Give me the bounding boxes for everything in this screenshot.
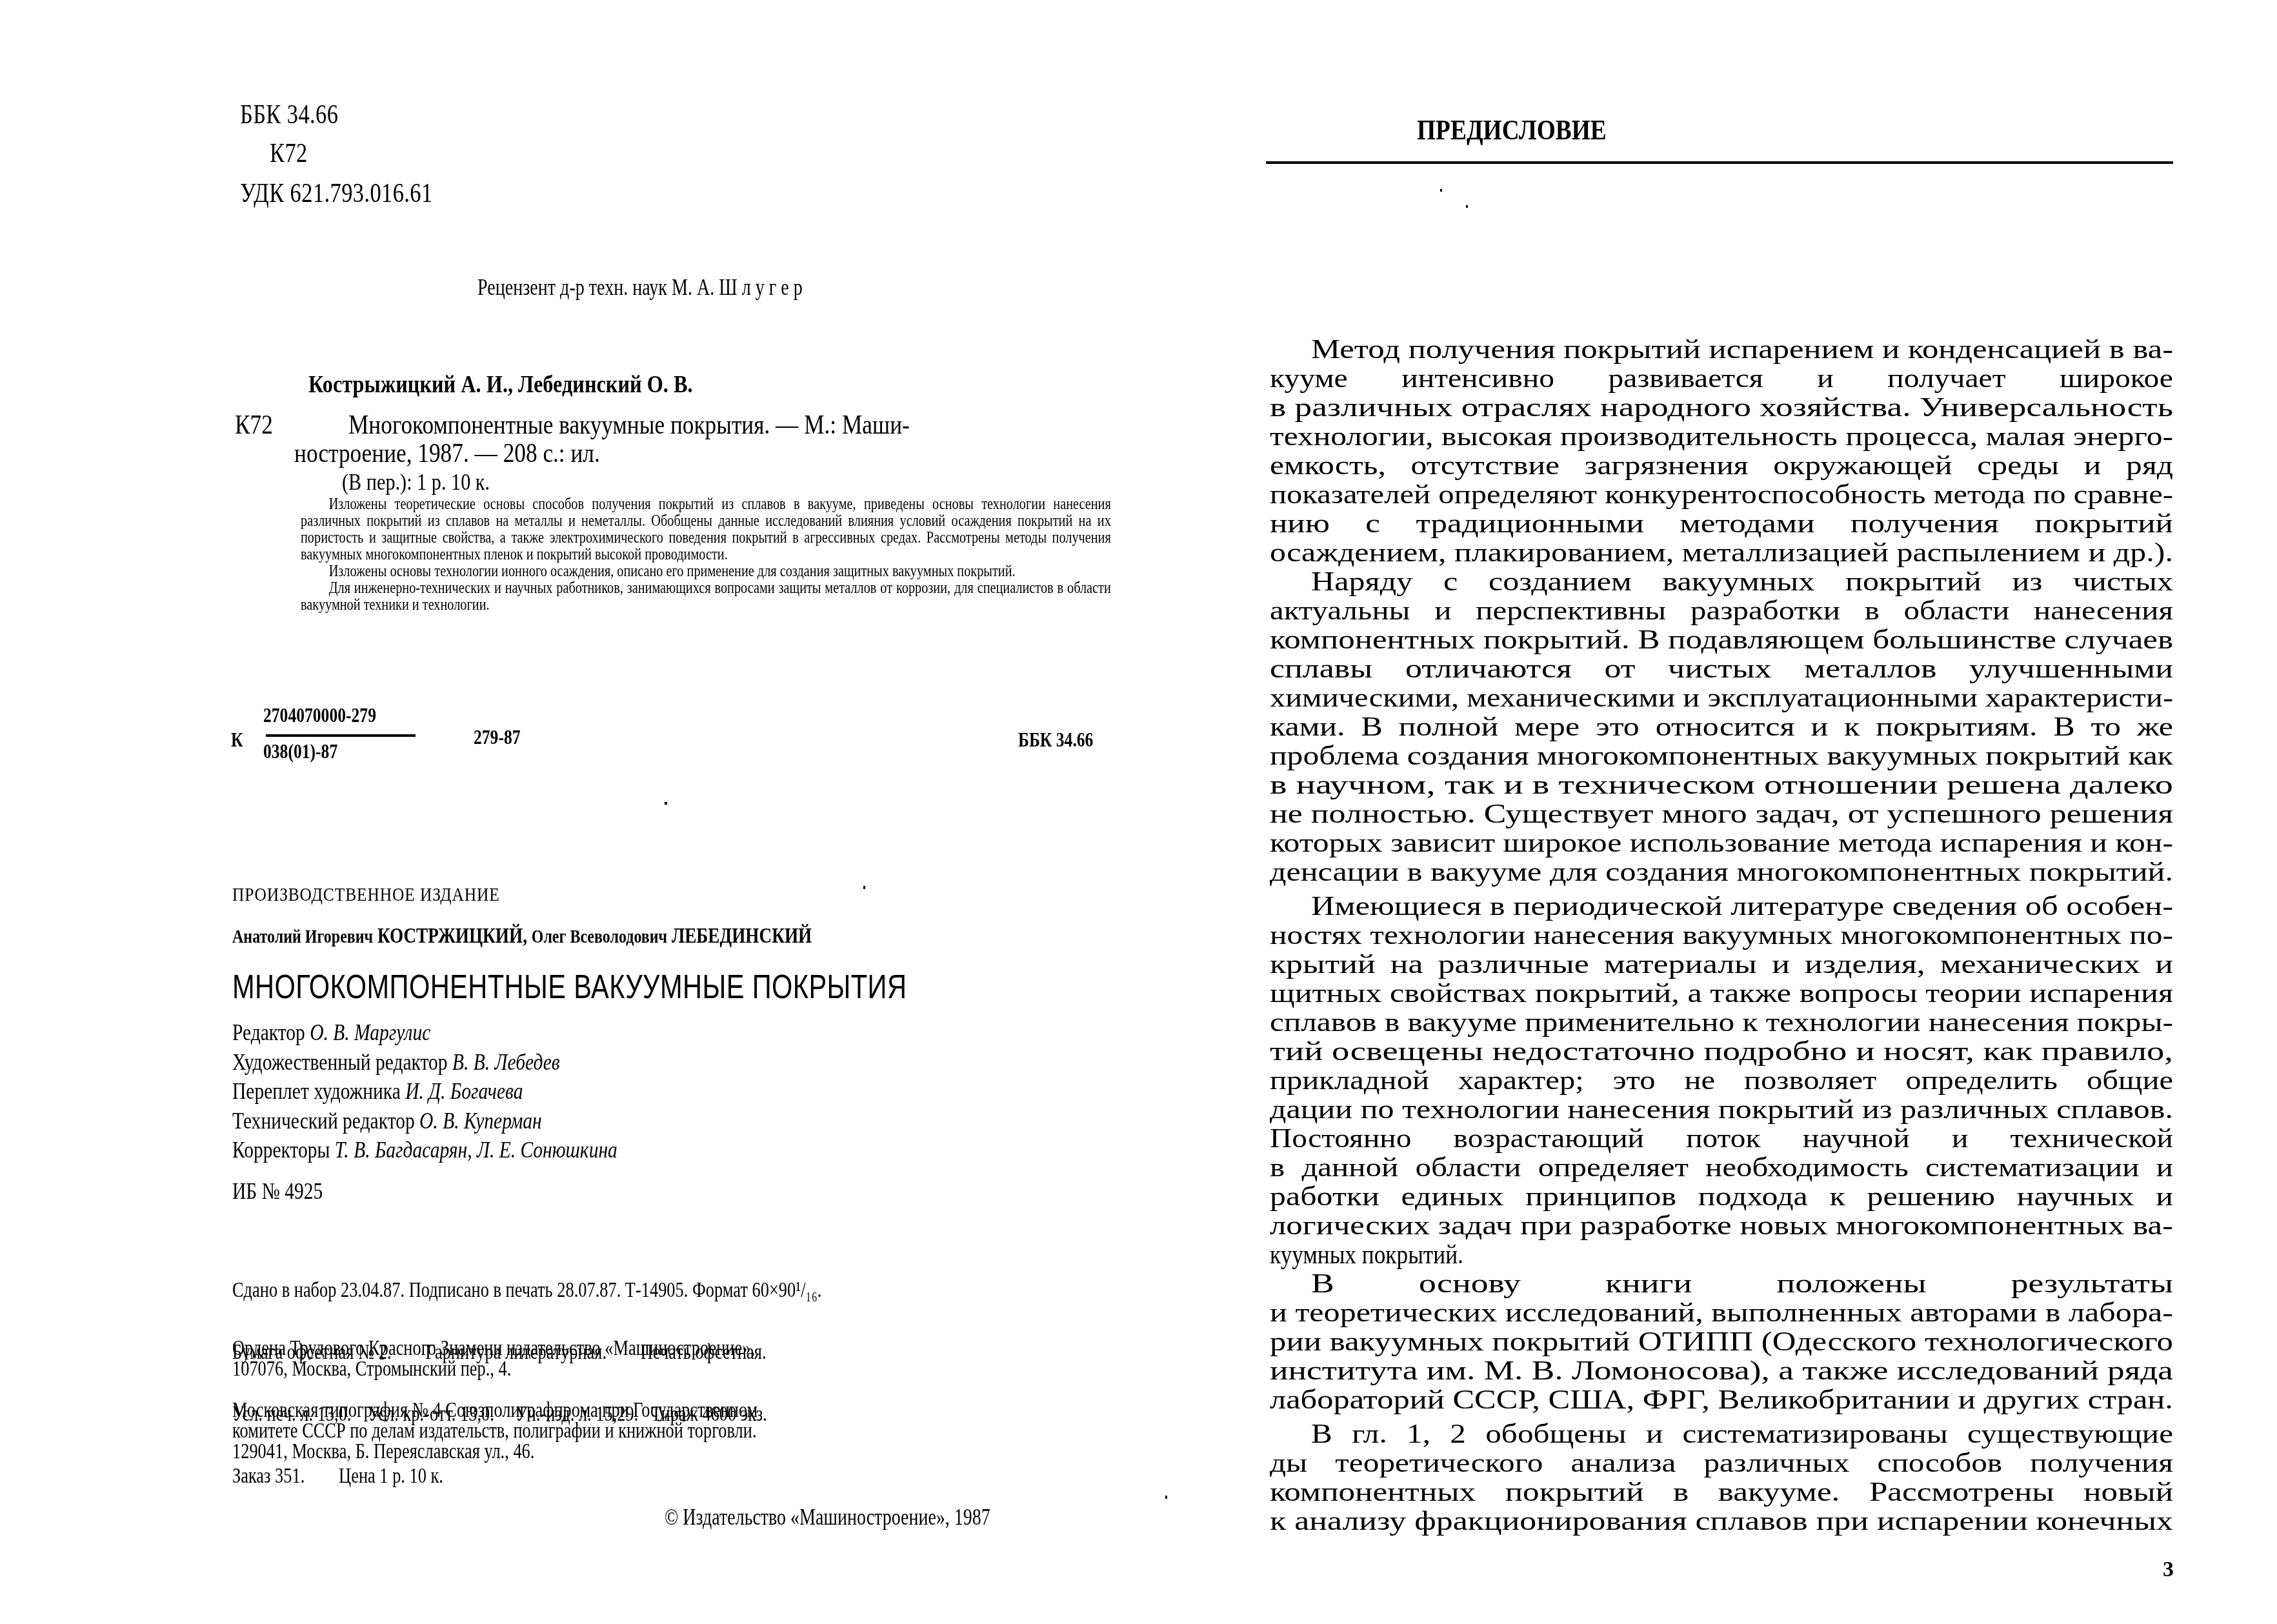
- edition-type: ПРОИЗВОДСТВЕННОЕ ИЗДАНИЕ: [232, 884, 500, 906]
- code-denominator: 038(01)-87: [263, 739, 337, 763]
- preface-line: Имеющиеся в периодической литературе све…: [1270, 892, 2173, 921]
- preface-line: химическими, механическими и эксплуатаци…: [1270, 684, 2173, 713]
- preface-line: кууме интенсивно развивается и получает …: [1270, 365, 2173, 394]
- credits-list: Редактор О. В. Маргулис Художественный р…: [232, 1018, 617, 1165]
- scan-speck: [863, 886, 865, 889]
- annotation-paragraph: Для инженерно-технических и научных рабо…: [301, 579, 1111, 613]
- preface-line: крытий на различные материалы и изделия,…: [1270, 950, 2173, 979]
- catalog-title-line-2: ностроение, 1987. — 208 с.: ил.: [294, 439, 600, 468]
- preface-line: Наряду с созданием вакуумных покрытий из…: [1270, 568, 2173, 597]
- author-mark: К72: [270, 138, 308, 169]
- copyright-line: © Издательство «Машиностроение», 1987: [665, 1507, 990, 1528]
- preface-line: нию с традиционными методами получения п…: [1270, 510, 2173, 539]
- catalog-index: К72: [235, 410, 273, 440]
- code-letter: К: [231, 728, 243, 752]
- preface-line: проблема создания многокомпонентных ваку…: [1270, 742, 2173, 771]
- preface-line: денсации в вакууме для создания многоком…: [1270, 858, 2173, 887]
- preface-line: института им. М. В. Ломоносова), а также…: [1270, 1357, 2173, 1386]
- print-detail-line: Заказ 351. Цена 1 р. 10 к.: [232, 1466, 821, 1487]
- credit-row: Технический редактор О. В. Куперман: [232, 1107, 617, 1136]
- preface-line: осаждением, плакированием, металлизацией…: [1270, 539, 2173, 568]
- catalog-price: (В пер.): 1 р. 10 к.: [342, 467, 490, 497]
- scan-speck: [665, 802, 667, 805]
- publisher-line: 107076, Москва, Стромынский пер., 4.: [232, 1359, 755, 1379]
- preface-line: В гл. 1, 2 обобщены и систематизированы …: [1270, 1420, 2173, 1449]
- preface-line: сплавы отличаются от чистых металлов улу…: [1270, 655, 2173, 684]
- preface-line: дации по технологии нанесения покрытий и…: [1270, 1096, 2173, 1125]
- preface-line: не полностью. Существует много задач, от…: [1270, 800, 2173, 829]
- credit-name: И. Д. Богачева: [405, 1078, 523, 1104]
- credit-role: Технический редактор: [232, 1108, 415, 1134]
- preface-line: в различных отраслях народного хозяйства…: [1270, 394, 2173, 423]
- credit-name: В. В. Лебедев: [452, 1049, 560, 1075]
- preface-line: ностях технологии нанесения вакуумных мн…: [1270, 921, 2173, 950]
- preface-line: в данной области определяет необходимост…: [1270, 1154, 2173, 1183]
- credit-role: Редактор: [232, 1019, 305, 1045]
- publisher-info: Ордена Трудового Красного Знамени издате…: [232, 1338, 755, 1379]
- code-middle: 279-87: [474, 725, 521, 749]
- print-details: Сдано в набор 23.04.87. Подписано в печа…: [232, 1239, 821, 1528]
- udk-code: УДК 621.793.016.61: [240, 178, 433, 209]
- preface-body: Метод получения покрытий испарением и ко…: [1270, 336, 2173, 1536]
- preface-heading: ПРЕДИСЛОВИЕ: [1417, 114, 1607, 146]
- preface-line: компонентных покрытий в вакууме. Рассмот…: [1270, 1478, 2173, 1507]
- publisher-line: Ордена Трудового Красного Знамени издате…: [232, 1338, 755, 1359]
- scan-speck: [1466, 205, 1468, 208]
- preface-line: сплавов в вакууме применительно к технол…: [1270, 1008, 2173, 1038]
- preface-line: тий освещены недостаточно подробно и нос…: [1270, 1038, 2173, 1067]
- heading-rule: [1266, 161, 2173, 164]
- reviewer-line: Рецензент д-р техн. наук М. А. Ш л у г е…: [477, 274, 803, 301]
- printer-line: комитете СССР по делам издательств, поли…: [232, 1421, 757, 1441]
- preface-line: В основу книги положены результаты экспе…: [1270, 1270, 2173, 1299]
- preface-line: Метод получения покрытий испарением и ко…: [1270, 336, 2173, 365]
- preface-line: к анализу фракционирования сплавов при и…: [1270, 1507, 2173, 1536]
- catalog-title-line-1: Многокомпонентные вакуумные покрытия. — …: [348, 410, 910, 440]
- preface-line: работки единых принципов подхода к решен…: [1270, 1183, 2173, 1212]
- author2-surname: ЛЕБЕДИНСКИЙ: [672, 924, 812, 948]
- scan-speck: [1165, 1496, 1167, 1499]
- printer-line: Московская типография № 4 Союзполиграфпр…: [232, 1400, 757, 1421]
- credit-row: Переплет художника И. Д. Богачева: [232, 1077, 617, 1107]
- book-title: МНОГОКОМПОНЕНТНЫЕ ВАКУУМНЫЕ ПОКРЫТИЯ: [232, 968, 907, 1007]
- credit-name: О. В. Маргулис: [310, 1019, 430, 1045]
- ib-number: ИБ № 4925: [232, 1177, 323, 1207]
- preface-line: компонентных покрытий. В подавляющем бол…: [1270, 626, 2173, 655]
- preface-line: щитных свойствах покрытий, а также вопро…: [1270, 979, 2173, 1008]
- annotation-paragraph: Изложены теоретические основы способов п…: [301, 496, 1111, 563]
- credit-name: О. В. Куперман: [419, 1108, 542, 1134]
- code-bbk: ББК 34.66: [1018, 728, 1093, 752]
- credit-row: Корректоры Т. В. Багдасарян, Л. Е. Сонюш…: [232, 1136, 617, 1165]
- credit-role: Корректоры: [232, 1137, 330, 1163]
- author2-given: Олег Всеволодович: [532, 926, 667, 947]
- fraction-bar: [266, 734, 416, 737]
- page-number: 3: [2163, 1558, 2174, 1582]
- preface-line: рии вакуумных покрытий ОТИПП (Одесского …: [1270, 1328, 2173, 1357]
- preface-line: и теоретических исследований, выполненны…: [1270, 1299, 2173, 1328]
- credit-role: Художественный редактор: [232, 1049, 448, 1075]
- preface-line: логических задач при разработке новых мн…: [1270, 1212, 2173, 1241]
- printer-line: 129041, Москва, Б. Переяславская ул., 46…: [232, 1441, 757, 1462]
- code-numerator: 2704070000-279: [263, 703, 376, 727]
- preface-line: куумных покрытий.: [1270, 1241, 2173, 1270]
- bbk-code: ББК 34.66: [240, 99, 338, 130]
- annotation-paragraph: Изложены основы технологии ионного осажд…: [301, 563, 1111, 579]
- credit-name: Т. В. Багдасарян, Л. Е. Сонюшкина: [335, 1137, 617, 1163]
- scan-speck: [1440, 189, 1442, 192]
- preface-line: показателей определяют конкурентоспособн…: [1270, 481, 2173, 510]
- full-authors: Анатолий Игоревич КОСТРЖИЦКИЙ, Олег Всев…: [232, 924, 812, 948]
- credit-row: Редактор О. В. Маргулис: [232, 1018, 617, 1048]
- author1-surname: КОСТРЖИЦКИЙ,: [377, 924, 527, 948]
- preface-line: лабораторий СССР, США, ФРГ, Великобритан…: [1270, 1386, 2173, 1415]
- preface-line: актуальны и перспективны разработки в об…: [1270, 597, 2173, 626]
- print-detail-line: Сдано в набор 23.04.87. Подписано в печа…: [232, 1280, 821, 1301]
- preface-line: в научном, так и в техническом отношении…: [1270, 771, 2173, 800]
- preface-line: емкость, отсутствие загрязнения окружающ…: [1270, 452, 2173, 481]
- catalog-authors: Кострыжицкий А. И., Лебединский О. В.: [308, 370, 693, 399]
- preface-line: технологии, высокая производительность п…: [1270, 423, 2173, 452]
- preface-line: ками. В полной мере это относится и к по…: [1270, 713, 2173, 742]
- preface-line: Постоянно возрастающий поток научной и т…: [1270, 1125, 2173, 1154]
- preface-line: ды теоретического анализа различных спос…: [1270, 1449, 2173, 1478]
- preface-line: прикладной характер; это не позволяет оп…: [1270, 1067, 2173, 1096]
- credit-role: Переплет художника: [232, 1078, 401, 1104]
- author1-given: Анатолий Игоревич: [232, 926, 373, 947]
- printer-info: Московская типография № 4 Союзполиграфпр…: [232, 1400, 757, 1462]
- catalog-annotation: Изложены теоретические основы способов п…: [301, 496, 1111, 613]
- credit-row: Художественный редактор В. В. Лебедев: [232, 1048, 617, 1078]
- preface-line: которых зависит широкое использование ме…: [1270, 829, 2173, 858]
